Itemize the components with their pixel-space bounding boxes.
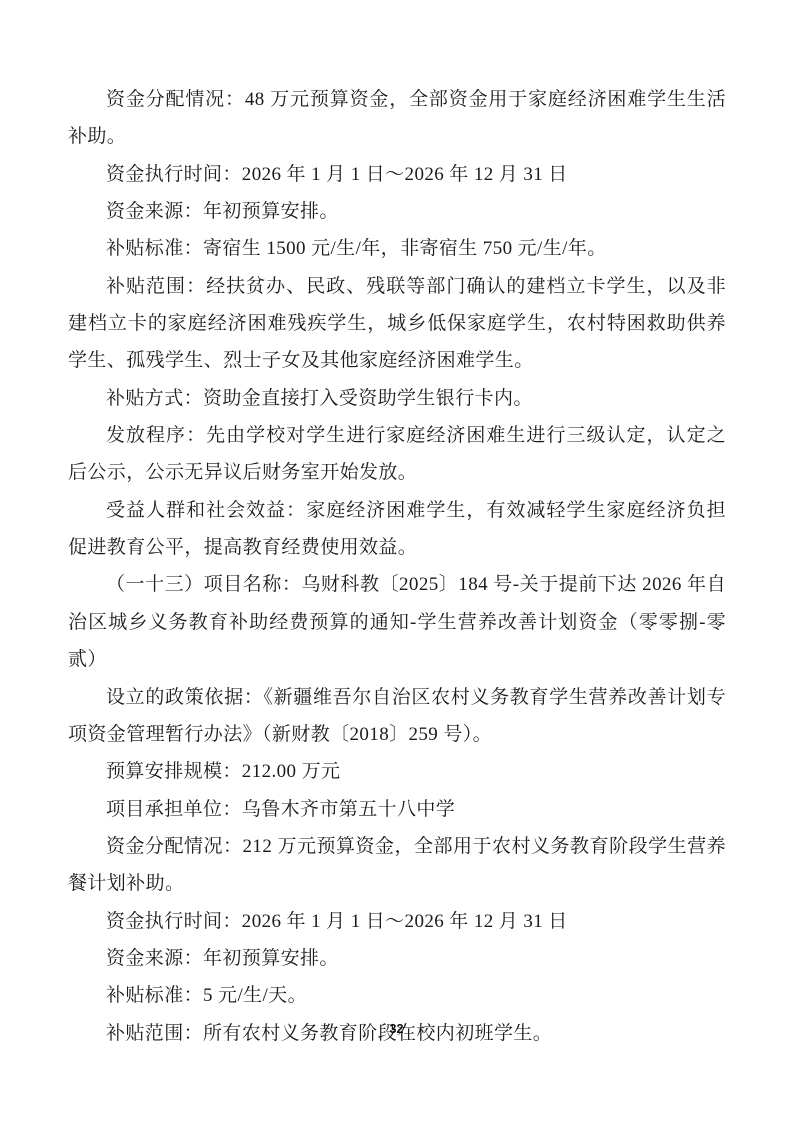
paragraph: 补贴方式：资助金直接打入受资助学生银行卡内。 bbox=[68, 380, 726, 417]
paragraph: （一十三）项目名称：乌财科教〔2025〕184 号-关于提前下达 2026 年自… bbox=[68, 566, 726, 678]
paragraph: 资金分配情况：48 万元预算资金，全部资金用于家庭经济困难学生生活补助。 bbox=[68, 81, 726, 156]
paragraph: 补贴标准：寄宿生 1500 元/生/年，非寄宿生 750 元/生/年。 bbox=[68, 230, 726, 267]
paragraph: 设立的政策依据：《新疆维吾尔自治区农村义务教育学生营养改善计划专项资金管理暂行办… bbox=[68, 679, 726, 754]
paragraph: 发放程序：先由学校对学生进行家庭经济困难生进行三级认定，认定之后公示，公示无异议… bbox=[68, 417, 726, 492]
paragraph: 资金执行时间：2026 年 1 月 1 日～2026 年 12 月 31 日 bbox=[68, 156, 726, 193]
paragraph: 项目承担单位：乌鲁木齐市第五十八中学 bbox=[68, 791, 726, 828]
paragraph: 资金来源：年初预算安排。 bbox=[68, 193, 726, 230]
document-page: 资金分配情况：48 万元预算资金，全部资金用于家庭经济困难学生生活补助。 资金执… bbox=[0, 0, 793, 1122]
paragraph: 资金分配情况：212 万元预算资金，全部用于农村义务教育阶段学生营养餐计划补助。 bbox=[68, 828, 726, 903]
paragraph: 资金来源：年初预算安排。 bbox=[68, 940, 726, 977]
document-body: 资金分配情况：48 万元预算资金，全部资金用于家庭经济困难学生生活补助。 资金执… bbox=[68, 81, 726, 1052]
paragraph: 预算安排规模：212.00 万元 bbox=[68, 753, 726, 790]
page-number: 32 bbox=[0, 1022, 793, 1036]
paragraph: 补贴标准：5 元/生/天。 bbox=[68, 977, 726, 1014]
paragraph: 补贴范围：经扶贫办、民政、残联等部门确认的建档立卡学生，以及非建档立卡的家庭经济… bbox=[68, 268, 726, 380]
paragraph: 资金执行时间：2026 年 1 月 1 日～2026 年 12 月 31 日 bbox=[68, 903, 726, 940]
paragraph: 受益人群和社会效益：家庭经济困难学生，有效减轻学生家庭经济负担促进教育公平，提高… bbox=[68, 492, 726, 567]
